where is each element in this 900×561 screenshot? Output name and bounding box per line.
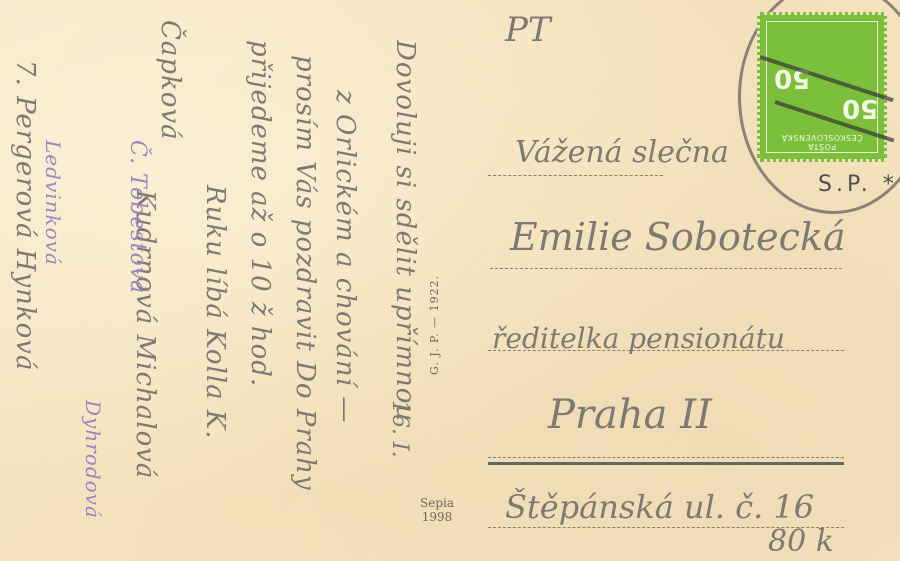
violet-signature-1: Č. Tobestová <box>125 140 150 294</box>
violet-signature-2: Ledvinková <box>41 140 65 266</box>
address-rule-4 <box>488 457 844 458</box>
publisher-mark-line1: Sepia <box>420 496 454 510</box>
publisher-mark-line2: 1998 <box>420 510 454 524</box>
address-street: Štěpánská ul. č. 16 <box>505 488 814 526</box>
message-line-8: 7. Pergerová Hynková <box>10 60 40 371</box>
address-rule-city-underline <box>488 462 844 465</box>
postage-stamp: 50 50 POŠTA ČESKOSLOVENSKÁ <box>757 12 887 162</box>
violet-signature-3: Dyhrodová <box>81 400 105 519</box>
address-rule-3 <box>488 350 844 351</box>
stamp-caption: POŠTA ČESKOSLOVENSKÁ <box>770 133 874 151</box>
stamp-value-right: 50 <box>842 93 878 123</box>
address-salutation: Vážená slečna <box>515 135 729 170</box>
address-rule-2 <box>490 268 842 269</box>
publisher-mark: Sepia 1998 <box>420 496 454 524</box>
address-rule-1 <box>488 175 663 176</box>
price-note: 80 k <box>768 524 834 559</box>
message-line-5: Ruku líbá Kolla K. <box>200 185 230 440</box>
message-line-2: z Orlickém a chování — <box>330 90 360 423</box>
message-line-6: Čapková <box>155 20 185 141</box>
message-line-1: Dovoluji si sdělit upřímnou <box>390 40 420 422</box>
publisher-imprint: G. J. P. — 1922. <box>428 225 448 375</box>
message-line-4: přijedeme až o 10 ž hod. <box>245 40 275 387</box>
address-city: Praha II <box>548 392 712 438</box>
date-mark: 16. I. <box>387 400 412 458</box>
corner-mark: PT <box>505 10 551 50</box>
message-line-3: prosím Vás pozdravit Do Prahy <box>290 55 320 491</box>
postmark-text: S.P. * <box>818 172 898 197</box>
postcard: Dovoluji si sdělit upřímnou z Orlickém a… <box>0 0 900 561</box>
address-name: Emilie Sobotecká <box>510 215 846 259</box>
